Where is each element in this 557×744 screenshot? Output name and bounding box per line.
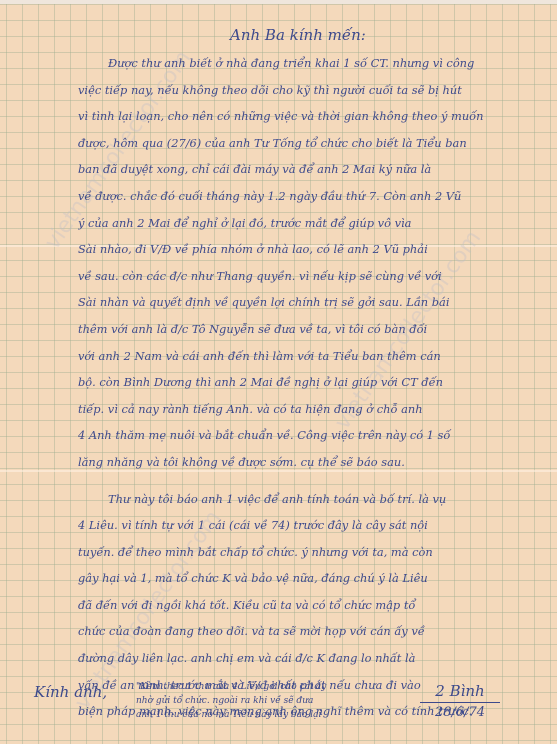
body-line: vì tình lại loạn, cho nên có những việc …	[78, 103, 538, 130]
signature-block: 2 Bình 28/6/74	[420, 682, 500, 720]
body-line: 4 Anh thăm mẹ nuôi và bắt chuẩn về. Công…	[78, 422, 538, 449]
body-line: tiếp. vì cả nay rành tiếng Anh. và có ta…	[78, 396, 538, 423]
body-line: về sau. còn các đ/c như Thang quyền. vì …	[78, 263, 538, 290]
letter-paper: vietnamcollector.com vietnamcollector.co…	[0, 0, 557, 744]
postscript-line: nhờ gửi tổ chức. ngoài ra khi về sẽ đưa	[136, 694, 386, 708]
body-line: thêm với anh là đ/c Tô Nguyễn sẽ đưa về …	[78, 316, 538, 343]
body-line: về được. chắc đó cuối tháng này 1.2 ngày…	[78, 183, 538, 210]
body-line: Sài nhàn và quyết định về quyền lợi chín…	[78, 289, 538, 316]
body-line: tuyến. để theo mình bắt chấp tổ chức. ý …	[78, 539, 538, 566]
postscript: "Kèm theo 1 thư của 4 Liêu gởi cho cái ấ…	[136, 680, 386, 722]
body-line: Sài nhào, đi V/Đ về phía nhóm ở nhà lao,…	[78, 236, 538, 263]
body-line: lăng nhăng và tôi không về được sớm. cụ …	[78, 449, 538, 476]
body-line: đã đến với đi ngồi khá tốt. Kiều cũ ta v…	[78, 592, 538, 619]
signature-name: 2 Bình	[420, 682, 500, 703]
postscript-line: anh 1 thư của nó mà Tiều này lấy bảo lại	[136, 708, 386, 722]
body-line: với anh 2 Nam và cái anh đến thì làm với…	[78, 343, 538, 370]
body-line: việc tiếp nay, nếu không theo dõi cho kỹ…	[78, 77, 538, 104]
postscript-line: "Kèm theo 1 thư của 4 Liêu gởi cho cái ấ…	[136, 680, 386, 694]
letter-body: Được thư anh biết ở nhà đang triển khai …	[78, 50, 538, 725]
body-line: gây hại và 1, mà tổ chức K và bảo vệ nữa…	[78, 565, 538, 592]
body-line: 4 Liêu. vì tính tự với 1 cái (cái về 74)…	[78, 512, 538, 539]
body-line: ý của anh 2 Mai để nghỉ ở lại đó, trước …	[78, 210, 538, 237]
body-line: Thư này tôi báo anh 1 việc để anh tính t…	[78, 486, 538, 513]
body-line: ban đã duyệt xong, chỉ cái đài máy và để…	[78, 156, 538, 183]
torn-top-edge	[0, 0, 557, 4]
body-line: đường dây liên lạc. anh chị em và cái đ/…	[78, 645, 538, 672]
signature-date: 28/6/74	[420, 705, 500, 720]
body-line: bộ. còn Bình Dương thì anh 2 Mai đề nghị…	[78, 369, 538, 396]
letter-closing: Kính anh,	[34, 683, 107, 701]
body-line: được, hôm qua (27/6) của anh Tư Tống tổ …	[78, 130, 538, 157]
body-line: Được thư anh biết ở nhà đang triển khai …	[78, 50, 538, 77]
body-line: chức của đoàn đang theo dõi. và ta sẽ mờ…	[78, 618, 538, 645]
letter-greeting: Anh Ba kính mến:	[230, 26, 366, 44]
paragraph-gap	[78, 476, 538, 486]
